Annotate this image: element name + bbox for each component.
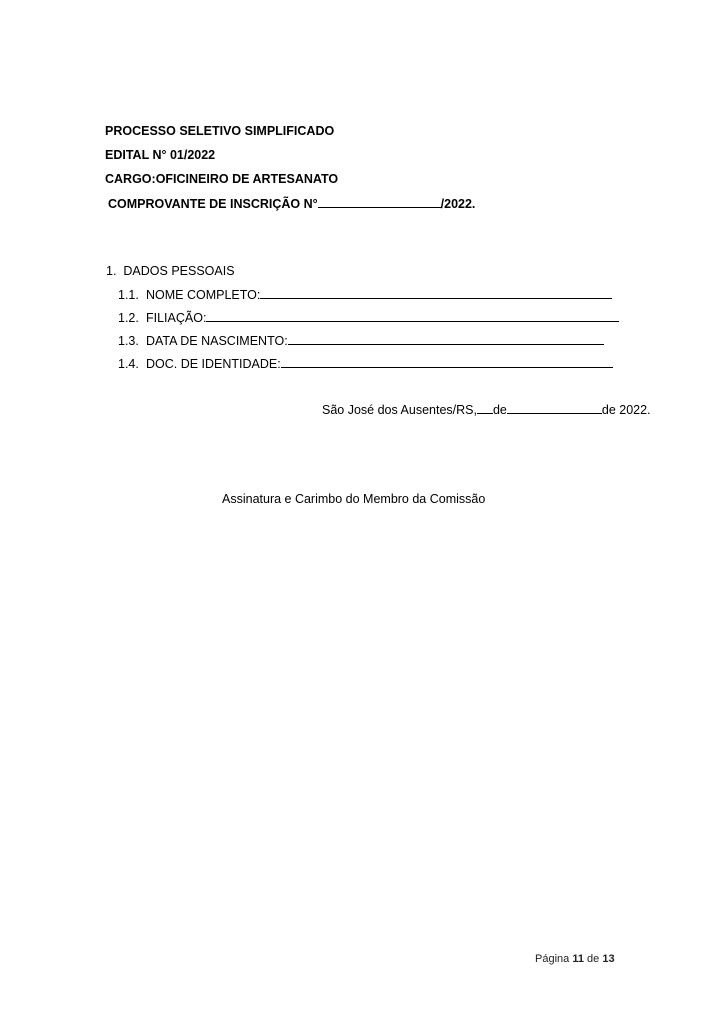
field-number: 1.4. bbox=[118, 357, 146, 371]
field-label: DATA DE NASCIMENTO: bbox=[146, 334, 288, 348]
header-cargo: CARGO:OFICINEIRO DE ARTESANATO bbox=[105, 172, 338, 186]
place-date-line: São José dos Ausentes/RS,dede 2022. bbox=[322, 402, 651, 417]
header-edital: EDITAL N° 01/2022 bbox=[105, 148, 215, 162]
header-comprovante: COMPROVANTE DE INSCRIÇÃO N°/2022. bbox=[108, 196, 475, 211]
page-footer: Página 11 de 13 bbox=[535, 953, 615, 965]
month-blank[interactable] bbox=[507, 402, 602, 414]
field-number: 1.2. bbox=[118, 311, 146, 325]
filiacao-blank[interactable] bbox=[206, 310, 619, 322]
data-nascimento-blank[interactable] bbox=[288, 333, 604, 345]
field-label: NOME COMPLETO: bbox=[146, 288, 260, 302]
field-label: DOC. DE IDENTIDADE: bbox=[146, 357, 281, 371]
comprovante-year: /2022. bbox=[441, 197, 476, 211]
current-page: 11 bbox=[572, 953, 584, 965]
de-label: de bbox=[493, 403, 507, 417]
section-title: DADOS PESSOAIS bbox=[123, 264, 234, 278]
comprovante-label: COMPROVANTE DE INSCRIÇÃO N° bbox=[108, 197, 318, 211]
nome-completo-blank[interactable] bbox=[260, 287, 612, 299]
header-process-title: PROCESSO SELETIVO SIMPLIFICADO bbox=[105, 124, 334, 138]
field-data-nascimento: 1.3.DATA DE NASCIMENTO: bbox=[118, 333, 604, 348]
year-label: de 2022. bbox=[602, 403, 651, 417]
signature-label: Assinatura e Carimbo do Membro da Comiss… bbox=[222, 492, 485, 506]
section-heading: 1. DADOS PESSOAIS bbox=[106, 264, 235, 278]
day-blank[interactable] bbox=[477, 402, 493, 414]
inscricao-number-blank[interactable] bbox=[318, 196, 441, 208]
place-label: São José dos Ausentes/RS, bbox=[322, 403, 477, 417]
field-filiacao: 1.2.FILIAÇÃO: bbox=[118, 310, 619, 325]
field-doc-identidade: 1.4.DOC. DE IDENTIDADE: bbox=[118, 356, 613, 371]
of-word: de bbox=[587, 953, 599, 965]
field-nome-completo: 1.1.NOME COMPLETO: bbox=[118, 287, 612, 302]
doc-identidade-blank[interactable] bbox=[281, 356, 613, 368]
field-label: FILIAÇÃO: bbox=[146, 311, 206, 325]
field-number: 1.3. bbox=[118, 334, 146, 348]
page-word: Página bbox=[535, 953, 569, 965]
total-pages: 13 bbox=[602, 953, 614, 965]
field-number: 1.1. bbox=[118, 288, 146, 302]
section-number: 1. bbox=[106, 264, 116, 278]
